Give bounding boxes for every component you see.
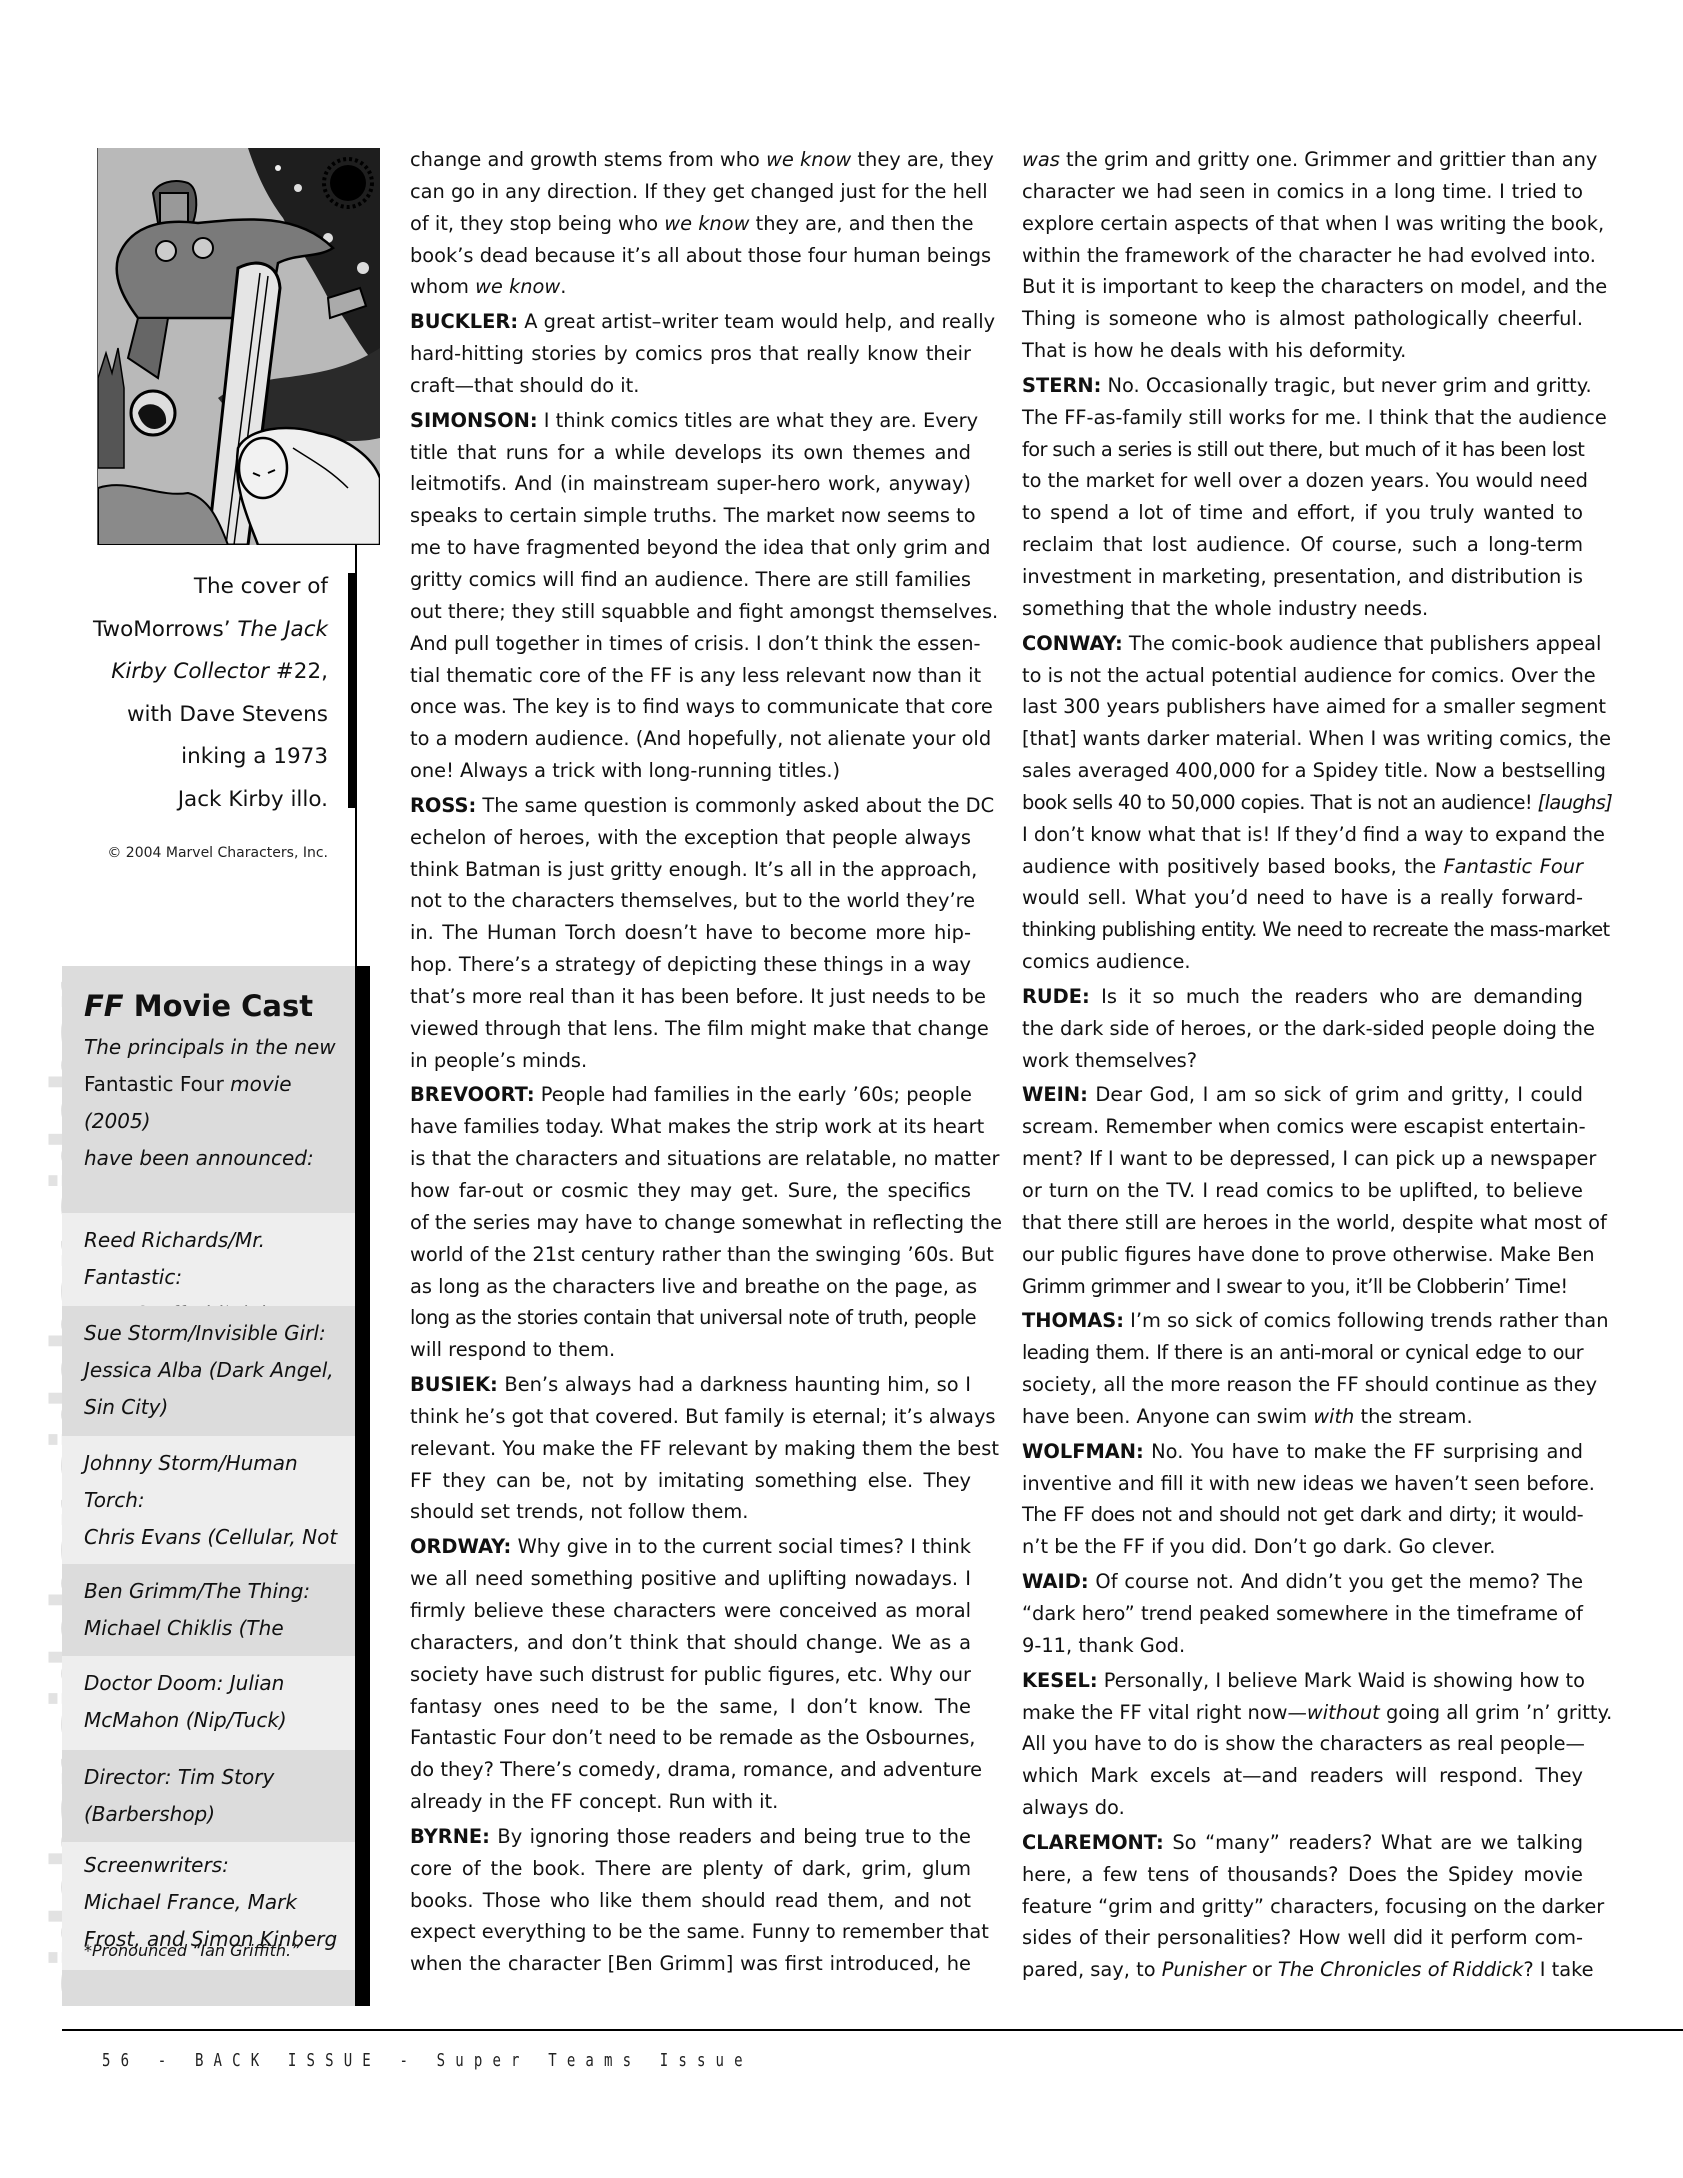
text-line: here, a few tens of thousands? Does the … xyxy=(1022,1859,1583,1891)
quote-brevoort: BREVOORT: People had families in the ear… xyxy=(410,1079,971,1366)
text-line: THOMAS: I’m so sick of comics following … xyxy=(1022,1305,1583,1337)
caption-line: Jack Kirby illo. xyxy=(60,779,328,822)
text-line: always do. xyxy=(1022,1792,1583,1824)
cast-role: Screenwriters: xyxy=(84,1847,345,1884)
text-line: FF they can be, not by imitating somethi… xyxy=(410,1465,971,1497)
text-line: scream. Remember when comics were escapi… xyxy=(1022,1111,1583,1143)
speaker-name: ROSS: xyxy=(410,794,476,817)
caption-line: with Dave Stevens xyxy=(60,694,328,737)
sidebar-intro-line: The principals in the new xyxy=(84,1029,345,1066)
text-line: CONWAY: The comic-book audience that pub… xyxy=(1022,628,1583,660)
text-line: thinking publishing entity. We need to r… xyxy=(1022,914,1583,946)
text-line: echelon of heroes, with the exception th… xyxy=(410,822,971,854)
quote-conway: CONWAY: The comic-book audience that pub… xyxy=(1022,628,1583,978)
text-line: Thing is someone who is almost pathologi… xyxy=(1022,303,1583,335)
text-line: to the market for well over a dozen year… xyxy=(1022,465,1583,497)
text-line: make the FF vital right now—without goin… xyxy=(1022,1697,1583,1729)
caption-line: inking a 1973 xyxy=(60,736,328,779)
sidebar-accent-bar xyxy=(355,966,370,2006)
text-line: relevant. You make the FF relevant by ma… xyxy=(410,1433,971,1465)
text-line: to a modern audience. (And hopefully, no… xyxy=(410,723,971,755)
cast-actor: (Barbershop) xyxy=(84,1796,345,1833)
copyright-notice: © 2004 Marvel Characters, Inc. xyxy=(60,845,328,861)
text-line: is that the characters and situations ar… xyxy=(410,1143,971,1175)
cast-actor: Chris Evans (Cellular, Not xyxy=(84,1519,345,1556)
text-line: STERN: No. Occasionally tragic, but neve… xyxy=(1022,370,1583,402)
speaker-name: BREVOORT: xyxy=(410,1083,535,1106)
quote-simonson: SIMONSON: I think comics titles are what… xyxy=(410,405,971,787)
text-line: ORDWAY: Why give in to the current socia… xyxy=(410,1531,971,1563)
text-line: The FF does not and should not get dark … xyxy=(1022,1499,1583,1531)
text-line: when the character [Ben Grimm] was first… xyxy=(410,1948,971,1980)
text-line: we all need something positive and uplif… xyxy=(410,1563,971,1595)
text-line: to spend a lot of time and effort, if yo… xyxy=(1022,497,1583,529)
speaker-name: WAID: xyxy=(1022,1570,1089,1593)
caption-line: The cover of xyxy=(60,566,328,609)
text-line: have families today. What makes the stri… xyxy=(410,1111,971,1143)
caption-text: #22, xyxy=(269,659,328,684)
speaker-name: KESEL: xyxy=(1022,1669,1098,1692)
speaker-name: WOLFMAN: xyxy=(1022,1440,1144,1463)
speaker-name: RUDE: xyxy=(1022,985,1090,1008)
text-line: title that runs for a while develops its… xyxy=(410,437,971,469)
text-line: or turn on the TV. I read comics to be u… xyxy=(1022,1175,1583,1207)
text-line: Grimm grimmer and I swear to you, it’ll … xyxy=(1022,1271,1583,1303)
cast-role: Johnny Storm/Human Torch: xyxy=(84,1445,345,1519)
caption-line: TwoMorrows’ The Jack xyxy=(60,609,328,652)
text-line: which Mark excels at—and readers will re… xyxy=(1022,1760,1583,1792)
page-footer: 56 - BACK ISSUE - Super Teams Issue xyxy=(102,2050,753,2071)
text-line: hop. There’s a strategy of depicting the… xyxy=(410,949,971,981)
sidebar-movie-cast: FF Movie Cast The principals in the new … xyxy=(62,966,355,2006)
text-line: speaks to certain simple truths. The mar… xyxy=(410,500,971,532)
text-line: leitmotifs. And (in mainstream super-her… xyxy=(410,468,971,500)
text-line: world of the 21st century rather than th… xyxy=(410,1239,971,1271)
text-line: reclaim that lost audience. Of course, s… xyxy=(1022,529,1583,561)
text-line: of it, they stop being who we know they … xyxy=(410,208,971,240)
text-line: WOLFMAN: No. You have to make the FF sur… xyxy=(1022,1436,1583,1468)
text-line: expect everything to be the same. Funny … xyxy=(410,1916,971,1948)
sidebar-intro-line: Fantastic Four movie (2005) xyxy=(84,1066,345,1140)
sidebar-intro: The principals in the new Fantastic Four… xyxy=(84,1029,345,1177)
text-line: within the framework of the character he… xyxy=(1022,240,1583,272)
text-line: leading them. If there is an anti-moral … xyxy=(1022,1337,1583,1369)
article-column-middle: change and growth stems from who we know… xyxy=(410,144,971,1983)
text-line: fantasy ones need to be the same, I don’… xyxy=(410,1691,971,1723)
text-line: CLAREMONT: So “many” readers? What are w… xyxy=(1022,1827,1583,1859)
text-line: in people’s minds. xyxy=(410,1045,971,1077)
text-line: book’s dead because it’s all about those… xyxy=(410,240,971,272)
text-line: in. The Human Torch doesn’t have to beco… xyxy=(410,917,971,949)
caption-line: Kirby Collector #22, xyxy=(60,651,328,694)
text-line: sales averaged 400,000 for a Spidey titl… xyxy=(1022,755,1583,787)
text-line: BUSIEK: Ben’s always had a darkness haun… xyxy=(410,1369,971,1401)
sidebar-title-text: Movie Cast xyxy=(124,989,313,1023)
text-line: should set trends, not follow them. xyxy=(410,1496,971,1528)
caption-accent-bar xyxy=(348,573,357,808)
sidebar-title-italic: FF xyxy=(84,989,124,1023)
text-line: But it is important to keep the characte… xyxy=(1022,271,1583,303)
cast-role: Reed Richards/Mr. Fantastic: xyxy=(84,1222,345,1296)
text-line: inventive and fill it with new ideas we … xyxy=(1022,1468,1583,1500)
text-line: already in the FF concept. Run with it. xyxy=(410,1786,971,1818)
text-line: All you have to do is show the character… xyxy=(1022,1728,1583,1760)
text-line: BREVOORT: People had families in the ear… xyxy=(410,1079,971,1111)
text-line: That is how he deals with his deformity. xyxy=(1022,335,1583,367)
quote-waid: WAID: Of course not. And didn’t you get … xyxy=(1022,1566,1583,1662)
quote-ross: ROSS: The same question is commonly aske… xyxy=(410,790,971,1077)
cast-role: Doctor Doom: Julian xyxy=(84,1665,345,1702)
speaker-name: STERN: xyxy=(1022,374,1101,397)
sidebar-intro-line: have been announced: xyxy=(84,1140,345,1177)
text-line: sides of their personalities? How well d… xyxy=(1022,1922,1583,1954)
quote-byrne: BYRNE: By ignoring those readers and bei… xyxy=(410,1821,971,1980)
cast-role: Sue Storm/Invisible Girl: xyxy=(84,1315,345,1352)
text-line: firmly believe these characters were con… xyxy=(410,1595,971,1627)
text-line: SIMONSON: I think comics titles are what… xyxy=(410,405,971,437)
speaker-name: THOMAS: xyxy=(1022,1309,1124,1332)
text-line: feature “grim and gritty” characters, fo… xyxy=(1022,1891,1583,1923)
sidebar-title: FF Movie Cast xyxy=(84,986,345,1026)
cast-actor: Jessica Alba (Dark Angel, xyxy=(84,1352,345,1389)
text-line: And pull together in times of crisis. I … xyxy=(410,628,971,660)
caption-text: TwoMorrows’ xyxy=(93,617,237,642)
text-line: [that] wants darker material. When I was… xyxy=(1022,723,1583,755)
text-line: The FF-as-family still works for me. I t… xyxy=(1022,402,1583,434)
text-line: was the grim and gritty one. Grimmer and… xyxy=(1022,144,1583,176)
image-caption: The cover of TwoMorrows’ The Jack Kirby … xyxy=(60,566,328,821)
text-line: that’s more real than it has been before… xyxy=(410,981,971,1013)
cover-image xyxy=(97,148,380,545)
text-line: KESEL: Personally, I believe Mark Waid i… xyxy=(1022,1665,1583,1697)
text-line: society have such distrust for public fi… xyxy=(410,1659,971,1691)
sidebar-footnote-block xyxy=(62,1970,355,2006)
quote-ordway: ORDWAY: Why give in to the current socia… xyxy=(410,1531,971,1818)
sidebar-header: FF Movie Cast The principals in the new … xyxy=(62,966,355,1213)
text-line: I don’t know what that is! If they’d fin… xyxy=(1022,819,1583,851)
text-line: the dark side of heroes, or the dark-sid… xyxy=(1022,1013,1583,1045)
text-line: character we had seen in comics in a lon… xyxy=(1022,176,1583,208)
sidebar-watermark-text: sidebar sidebar sidebar sidebar xyxy=(50,985,62,2002)
text-line: characters, and don’t think that should … xyxy=(410,1627,971,1659)
text-line: can go in any direction. If they get cha… xyxy=(410,176,971,208)
text-line: would sell. What you’d need to have is a… xyxy=(1022,882,1583,914)
text-line: that there still are heroes in the world… xyxy=(1022,1207,1583,1239)
text-line: out there; they still squabble and fight… xyxy=(410,596,971,628)
sidebar-watermark: sidebar sidebar sidebar sidebar xyxy=(0,966,62,2006)
text-line: BUCKLER: A great artist–writer team woul… xyxy=(410,306,971,338)
cast-entry-ben-grimm: Ben Grimm/The Thing: Michael Chiklis (Th… xyxy=(62,1564,355,1656)
caption-title-italic: The Jack xyxy=(237,617,328,642)
film-title: Fantastic Four xyxy=(84,1072,224,1096)
quote-rude: RUDE: Is it so much the readers who are … xyxy=(1022,981,1583,1077)
text-line: book sells 40 to 50,000 copies. That is … xyxy=(1022,787,1583,819)
text-line: whom we know. xyxy=(410,271,971,303)
text-line: work themselves? xyxy=(1022,1045,1583,1077)
text-line: explore certain aspects of that when I w… xyxy=(1022,208,1583,240)
text-line: of the series may have to change somewha… xyxy=(410,1207,971,1239)
text-line: “dark hero” trend peaked somewhere in th… xyxy=(1022,1598,1583,1630)
speaker-name: BUSIEK: xyxy=(410,1373,498,1396)
quote-stern: STERN: No. Occasionally tragic, but neve… xyxy=(1022,370,1583,625)
text-line: hard-hitting stories by comics pros that… xyxy=(410,338,971,370)
text-line: Fantastic Four don’t need to be remade a… xyxy=(410,1722,971,1754)
text-line: audience with positively based books, th… xyxy=(1022,851,1583,883)
text-line: our public figures have done to prove ot… xyxy=(1022,1239,1583,1271)
quote-busiek: BUSIEK: Ben’s always had a darkness haun… xyxy=(410,1369,971,1528)
text-line: RUDE: Is it so much the readers who are … xyxy=(1022,981,1583,1013)
speaker-name: BYRNE: xyxy=(410,1825,490,1848)
article-column-right: was the grim and gritty one. Grimmer and… xyxy=(1022,144,1583,1989)
text-line: core of the book. There are plenty of da… xyxy=(410,1853,971,1885)
speaker-name: BUCKLER: xyxy=(410,310,518,333)
text-line: ROSS: The same question is commonly aske… xyxy=(410,790,971,822)
text-line: n’t be the FF if you did. Don’t go dark.… xyxy=(1022,1531,1583,1563)
text-line: change and growth stems from who we know… xyxy=(410,144,971,176)
text-line: books. Those who like them should read t… xyxy=(410,1885,971,1917)
speaker-name: WEIN: xyxy=(1022,1083,1088,1106)
cast-entry-reed-richards: Reed Richards/Mr. Fantastic: Ioan Gruffu… xyxy=(62,1213,355,1306)
text-line: society, all the more reason the FF shou… xyxy=(1022,1369,1583,1401)
text-line: investment in marketing, presentation, a… xyxy=(1022,561,1583,593)
caption-title-italic: Kirby Collector xyxy=(111,659,269,684)
text-line: craft—that should do it. xyxy=(410,370,971,402)
cast-actor: Sin City) xyxy=(84,1389,345,1426)
text-line: do they? There’s comedy, drama, romance,… xyxy=(410,1754,971,1786)
cast-entry-johnny-storm: Johnny Storm/Human Torch: Chris Evans (C… xyxy=(62,1436,355,1564)
cast-actor: McMahon (Nip/Tuck) xyxy=(84,1702,345,1739)
speaker-name: SIMONSON: xyxy=(410,409,538,432)
text-line: think he’s got that covered. But family … xyxy=(410,1401,971,1433)
text-line: will respond to them. xyxy=(410,1334,971,1366)
text-line: tial thematic core of the FF is any less… xyxy=(410,660,971,692)
text-line: comics audience. xyxy=(1022,946,1583,978)
cast-role: Ben Grimm/The Thing: xyxy=(84,1573,345,1610)
quote-wein: WEIN: Dear God, I am so sick of grim and… xyxy=(1022,1079,1583,1302)
quote-buckler: BUCKLER: A great artist–writer team woul… xyxy=(410,306,971,402)
text-line: long as the stories contain that univers… xyxy=(410,1302,971,1334)
text-line: for such a series is still out there, bu… xyxy=(1022,434,1583,466)
text-line: BYRNE: By ignoring those readers and bei… xyxy=(410,1821,971,1853)
cast-entry-sue-storm: Sue Storm/Invisible Girl: Jessica Alba (… xyxy=(62,1306,355,1436)
text-line: have been. Anyone can swim with the stre… xyxy=(1022,1401,1583,1433)
text-line: ment? If I want to be depressed, I can p… xyxy=(1022,1143,1583,1175)
text-line: last 300 years publishers have aimed for… xyxy=(1022,691,1583,723)
article-paragraph: change and growth stems from who we know… xyxy=(410,144,971,303)
text-line: WEIN: Dear God, I am so sick of grim and… xyxy=(1022,1079,1583,1111)
speaker-name: ORDWAY: xyxy=(410,1535,511,1558)
text-line: how far-out or cosmic they may get. Sure… xyxy=(410,1175,971,1207)
text-line: not to the characters themselves, but to… xyxy=(410,885,971,917)
footer-rule xyxy=(62,2029,1683,2031)
cast-role: Director: Tim Story xyxy=(84,1759,345,1796)
text-line: to is not the actual potential audience … xyxy=(1022,660,1583,692)
speaker-name: CONWAY: xyxy=(1022,632,1123,655)
speaker-name: CLAREMONT: xyxy=(1022,1831,1164,1854)
quote-byrne-continued: was the grim and gritty one. Grimmer and… xyxy=(1022,144,1583,367)
quote-thomas: THOMAS: I’m so sick of comics following … xyxy=(1022,1305,1583,1432)
cover-illustration xyxy=(98,148,380,545)
text-line: gritty comics will find an audience. The… xyxy=(410,564,971,596)
cast-entry-director: Director: Tim Story (Barbershop) xyxy=(62,1750,355,1842)
sidebar-footnote: *Pronounced “Ian Griffith.” xyxy=(84,1941,299,1960)
quote-claremont: CLAREMONT: So “many” readers? What are w… xyxy=(1022,1827,1583,1986)
text-line: think Batman is just gritty enough. It’s… xyxy=(410,854,971,886)
cast-actor: Michael France, Mark xyxy=(84,1884,345,1921)
text-line: once was. The key is to find ways to com… xyxy=(410,691,971,723)
quote-wolfman: WOLFMAN: No. You have to make the FF sur… xyxy=(1022,1436,1583,1563)
text-line: as long as the characters live and breat… xyxy=(410,1271,971,1303)
text-line: WAID: Of course not. And didn’t you get … xyxy=(1022,1566,1583,1598)
text-line: something that the whole industry needs. xyxy=(1022,593,1583,625)
text-line: one! Always a trick with long-running ti… xyxy=(410,755,971,787)
quote-kesel: KESEL: Personally, I believe Mark Waid i… xyxy=(1022,1665,1583,1824)
cast-entry-doctor-doom: Doctor Doom: Julian McMahon (Nip/Tuck) xyxy=(62,1656,355,1750)
text-line: pared, say, to Punisher or The Chronicle… xyxy=(1022,1954,1583,1986)
text-line: 9-11, thank God. xyxy=(1022,1630,1583,1662)
text-line: me to have fragmented beyond the idea th… xyxy=(410,532,971,564)
text-line: viewed through that lens. The film might… xyxy=(410,1013,971,1045)
